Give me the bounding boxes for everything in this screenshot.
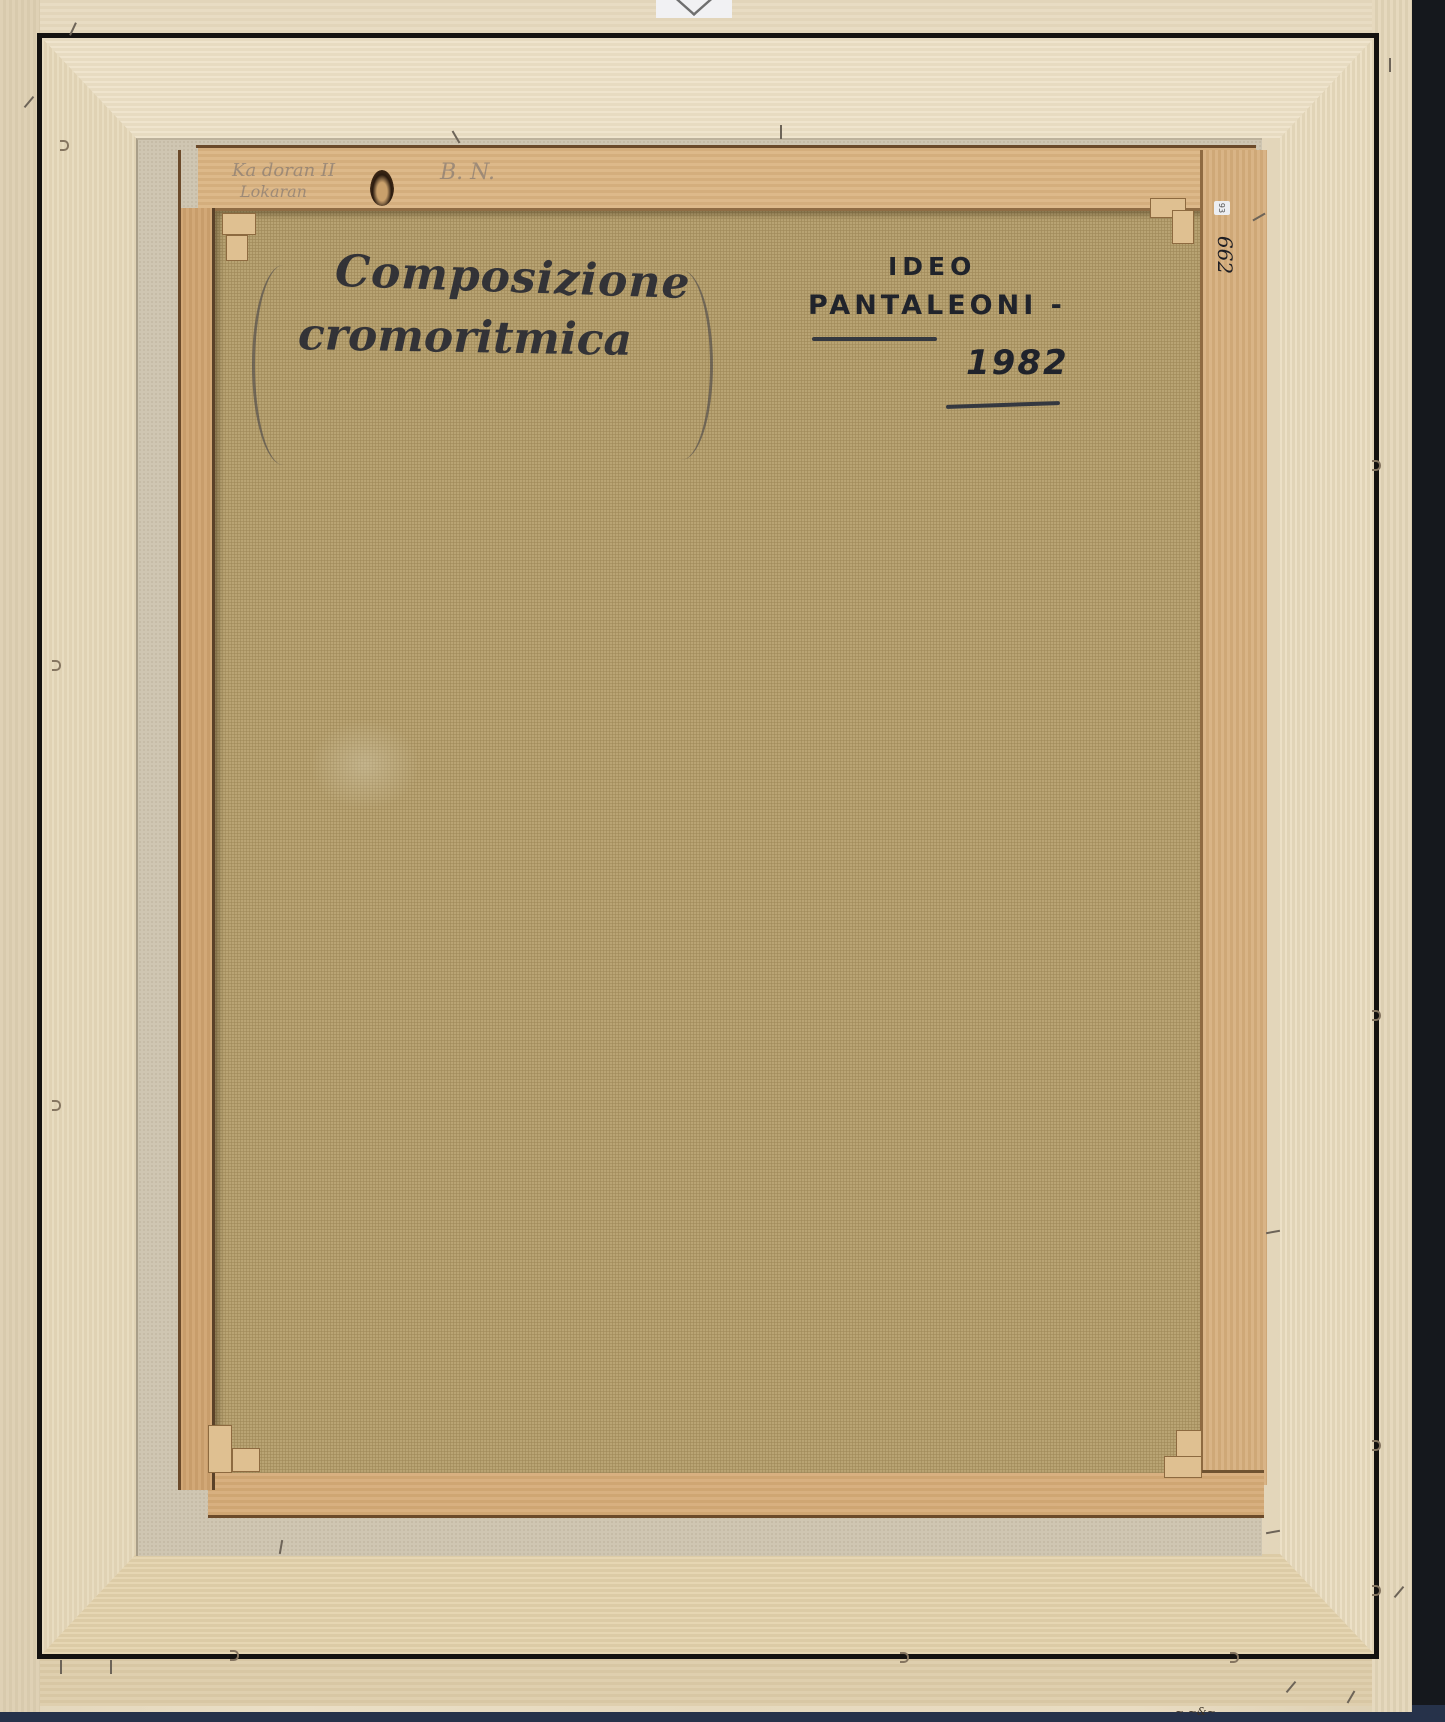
stretcher-bar-left [180,208,215,1490]
outer-frame-bottom [0,1656,1412,1706]
frame-staple [52,1100,61,1111]
canvas-light-stain [310,720,420,810]
stretcher-bar-top [198,148,1256,211]
corner-key-bottom-left-b [232,1448,260,1472]
wood-knot [370,170,394,206]
frame-staple [60,140,69,151]
stretcher-pencil-note-1: Ka doran II [232,160,335,181]
frame-nail [780,125,782,139]
year-inscription: 1982 [966,343,1069,383]
corner-key-top-left-b [226,235,248,261]
artist-last-name: PANTALEONI - [808,290,1066,321]
frame-staple [900,1652,909,1663]
torn-canvas-edge-left [178,150,181,1490]
frame-staple [1372,1010,1381,1021]
frame-staple [230,1650,239,1661]
inventory-number: 662 [1213,236,1237,274]
frame-staple [52,660,61,671]
frame-staple [1372,1585,1381,1596]
bevel-right [1280,38,1374,1654]
frame-bottom-mark: ~ ~&~ [1175,1705,1216,1718]
torn-canvas-edge-top [196,145,1256,148]
bevel-top [42,38,1374,138]
corner-key-top-right-b [1172,210,1194,244]
frame-staple [1230,1652,1239,1663]
frame-staple [1372,460,1381,471]
corner-key-bottom-right-a [1176,1430,1202,1458]
frame-nail [1389,58,1391,72]
title-inscription-line2: cromoritmica [298,309,633,366]
stretcher-pencil-note-2: Lokaran [240,182,307,201]
frame-nail [110,1660,112,1674]
stretcher-initials: B. N. [440,160,495,185]
bevel-bottom [42,1554,1374,1654]
dark-backdrop [1412,0,1445,1722]
outer-frame-left [0,0,40,1712]
frame-nail [60,1660,62,1674]
title-parenthesis-left [252,265,315,465]
frame-staple [1372,1440,1381,1451]
stretcher-bar-right [1200,150,1267,1485]
inventory-sticker: 93 [1214,201,1230,215]
corner-key-bottom-right-b [1164,1456,1202,1478]
corner-key-bottom-left-a [208,1425,232,1473]
artist-first-name: IDEO [888,252,976,281]
bevel-left [42,38,136,1654]
torn-canvas-edge-bottom [208,1515,1264,1518]
corner-key-top-left-a [222,213,256,235]
artist-underline [812,337,937,341]
stretcher-bar-bottom [208,1470,1264,1518]
